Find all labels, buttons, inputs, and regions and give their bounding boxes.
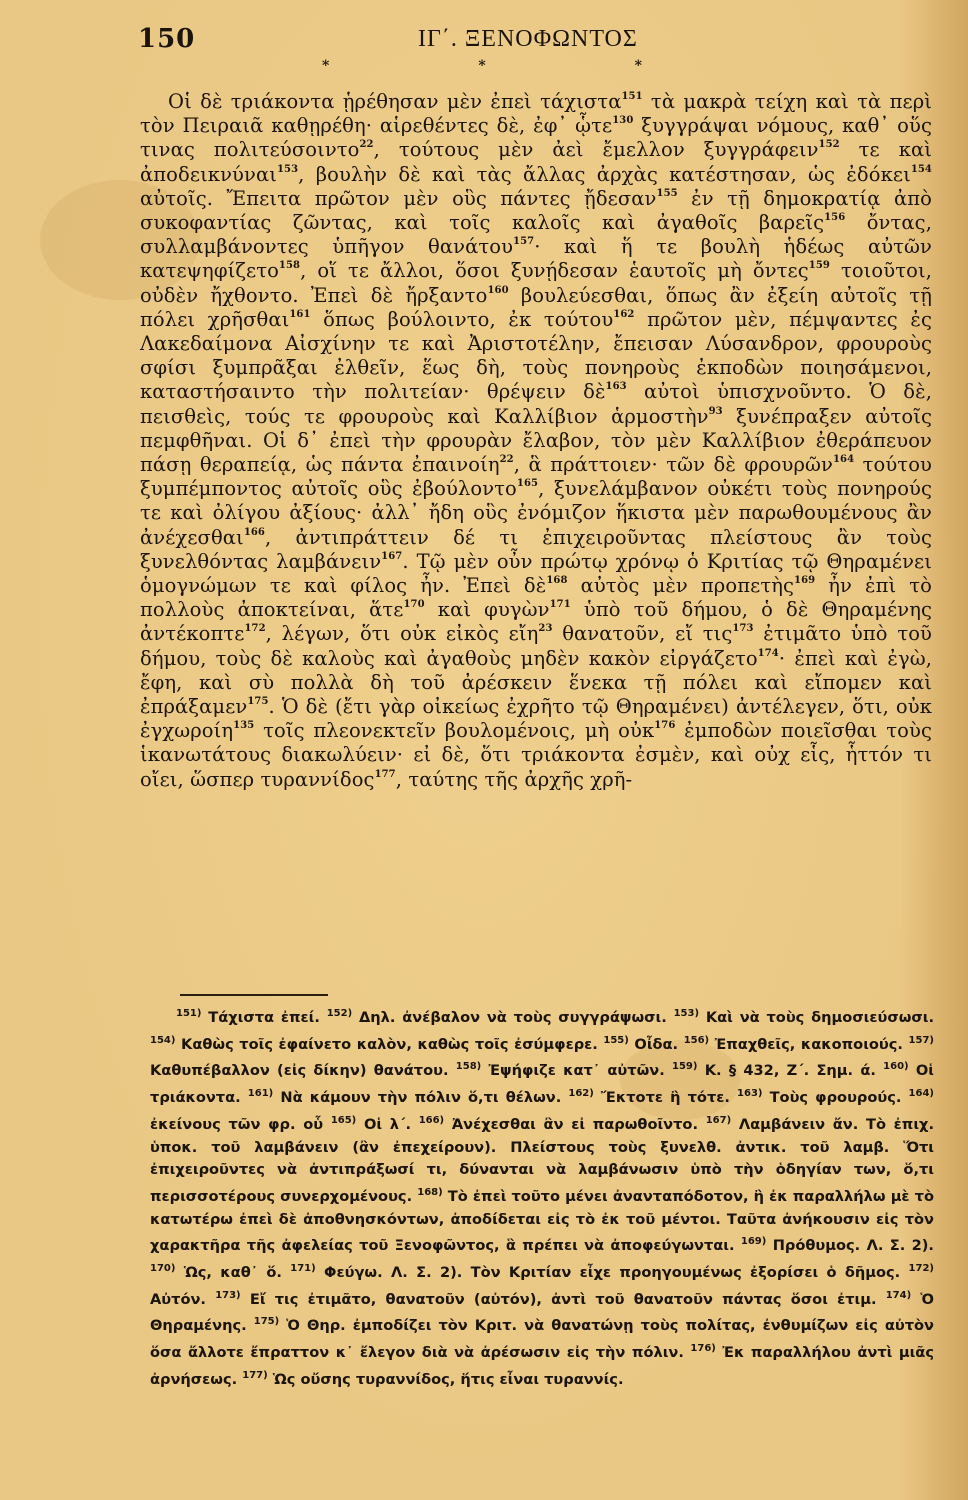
footnote-number: 159): [672, 1061, 697, 1072]
footnote-reference: 175: [247, 696, 268, 707]
footnote-text: Πρόθυμος. Λ. Σ. 2).: [766, 1237, 934, 1254]
footnote-reference: 165: [517, 478, 538, 489]
footnote-number: 163): [737, 1088, 762, 1099]
footnote-number: 156): [684, 1035, 709, 1046]
footnote-item: 171) Φεύγω. Λ. Σ. 2). Τὸν Κριτίαν εἶχε π…: [290, 1264, 908, 1281]
text-run: , τούτους μὲν ἀεὶ ἔμελλον ξυγγράφειν: [374, 138, 819, 161]
text-run: αὐτοῖς. Ἔπειτα πρῶτον μὲν οὓς πάντες ᾔδε…: [140, 187, 657, 210]
footnote-number: 155): [603, 1035, 628, 1046]
footnote-item: 177) Ὡς οὔσης τυραννίδος, ἥτις εἶναι τυρ…: [242, 1371, 623, 1388]
footnote-text: Αὐτόν.: [150, 1291, 215, 1308]
footnote-reference: 161: [289, 309, 310, 320]
footnote-number: 151): [176, 1008, 201, 1019]
text-run: , ἃ πράττοιεν· τῶν δὲ φρουρῶν: [514, 453, 833, 476]
text-run: Οἱ δὲ τριάκοντα ᾑρέθησαν μὲν ἐπεὶ τάχιστ…: [168, 90, 621, 113]
text-run: , οἵ τε ἄλλοι, ὅσοι ξυνῄδεσαν ἑαυτοῖς μὴ…: [300, 259, 809, 282]
footnote-text: Δηλ. ἀνέβαλον νὰ τοὺς συγγράψωσι.: [352, 1009, 673, 1026]
footnote-text: Οἶδα.: [629, 1036, 684, 1053]
footnote-reference: 172: [244, 623, 265, 634]
footnote-reference: 157: [513, 236, 534, 247]
footnote-reference: 158: [279, 260, 300, 271]
footnote-number: 158): [456, 1061, 481, 1072]
main-text-paragraph: Οἱ δὲ τριάκοντα ᾑρέθησαν μὲν ἐπεὶ τάχιστ…: [140, 90, 932, 792]
footnote-item: 154) Καθὼς τοῖς ἐφαίνετο καλὸν, καθὼς το…: [150, 1036, 603, 1053]
footnote-reference: 174: [758, 648, 779, 659]
footnote-item: 156) Ἐπαχθεῖς, κακοποιούς.: [684, 1036, 909, 1053]
running-title: ΙΓ΄. ΞΕΝΟΦΩΝΤΟΣ: [418, 26, 638, 53]
footnote-item: 163) Τοὺς φρουρούς.: [737, 1089, 909, 1106]
footnote-reference: 23: [538, 623, 552, 634]
footnote-text: Ὡς, καθ᾽ ὅ.: [175, 1264, 290, 1281]
text-run: , λέγων, ὅτι οὐκ εἰκὸς εἴη: [266, 622, 539, 645]
footnote-reference: 154: [911, 164, 932, 175]
footnote-text: Νὰ κάμουν τὴν πόλιν ὅ,τι θέλων.: [273, 1089, 568, 1106]
footnote-item: 162) Ἔκτοτε ἢ τότε.: [568, 1089, 737, 1106]
footnote-text: Οἱ λ΄.: [356, 1116, 418, 1133]
footnote-item: 161) Νὰ κάμουν τὴν πόλιν ὅ,τι θέλων.: [248, 1089, 569, 1106]
text-run: ὅπως βούλοιντο, ἐκ τούτου: [311, 308, 614, 331]
footnote-text: ἐκείνους τῶν φρ. οὗ: [150, 1116, 331, 1133]
asterisk: *: [478, 58, 485, 72]
footnote-item: 152) Δηλ. ἀνέβαλον νὰ τοὺς συγγράψωσι.: [327, 1009, 674, 1026]
footnote-item: 155) Οἶδα.: [603, 1036, 683, 1053]
text-run: καὶ φυγὼν: [425, 598, 550, 621]
footnote-reference: 169: [794, 575, 815, 586]
footnote-reference: 176: [654, 720, 675, 731]
footnote-reference: 151: [621, 91, 642, 102]
footnote-reference: 171: [550, 599, 571, 610]
footnote-reference: 167: [381, 551, 402, 562]
footnote-text: Ὡς οὔσης τυραννίδος, ἥτις εἶναι τυραννίς…: [268, 1371, 624, 1388]
footnotes-paragraph: 151) Τάχιστα ἐπεί. 152) Δηλ. ἀνέβαλον νὰ…: [150, 1003, 934, 1392]
footnote-text: Κ. § 432, Ζ΄. Σημ. ά.: [697, 1062, 883, 1079]
footnote-text: Εἴ τις ἐτιμᾶτο, θανατοῦν (αὐτόν), ἀντὶ τ…: [241, 1291, 886, 1308]
footnote-reference: 130: [612, 115, 633, 126]
footnote-number: 165): [331, 1115, 356, 1126]
footnote-number: 169): [741, 1236, 766, 1247]
footnote-number: 167): [706, 1115, 731, 1126]
footnote-reference: 156: [824, 212, 845, 223]
footnote-number: 161): [248, 1088, 273, 1099]
text-run: αὐτὸς μὲν προπετὴς: [568, 574, 795, 597]
footnote-text: Ἐπαχθεῖς, κακοποιούς.: [709, 1036, 908, 1053]
footnote-item: 170) Ὡς, καθ᾽ ὅ.: [150, 1264, 290, 1281]
footnote-text: Καὶ νὰ τοὺς δημοσιεύσωσι.: [699, 1009, 934, 1026]
footnote-item: 173) Εἴ τις ἐτιμᾶτο, θανατοῦν (αὐτόν), ἀ…: [215, 1291, 886, 1308]
footnote-reference: 164: [833, 454, 854, 465]
footnote-number: 174): [886, 1290, 911, 1301]
footnote-number: 168): [417, 1187, 442, 1198]
footnote-number: 176): [690, 1343, 715, 1354]
footnote-item: 169) Πρόθυμος. Λ. Σ. 2).: [741, 1237, 934, 1254]
footnote-number: 153): [674, 1008, 699, 1019]
text-run: , βουλὴν δὲ καὶ τὰς ἄλλας ἀρχὰς κατέστησ…: [298, 163, 911, 186]
footnote-item: 159) Κ. § 432, Ζ΄. Σημ. ά.: [672, 1062, 883, 1079]
footnote-number: 152): [327, 1008, 352, 1019]
footnote-reference: 173: [732, 623, 753, 634]
text-run: τοῖς πλεονεκτεῖν βουλομένοις, μὴ οὐκ: [254, 719, 654, 742]
footnote-reference: 160: [487, 285, 508, 296]
footnote-separator-rule: [180, 994, 328, 996]
footnote-item: 158) Ἐψήφιζε κατ᾽ αὐτῶν.: [456, 1062, 672, 1079]
footnote-reference: 155: [657, 188, 678, 199]
footnote-text: Ἔκτοτε ἢ τότε.: [594, 1089, 737, 1106]
footnote-reference: 152: [819, 139, 840, 150]
footnote-reference: 22: [500, 454, 514, 465]
footnote-number: 164): [909, 1088, 934, 1099]
footnote-number: 154): [150, 1035, 175, 1046]
footnote-reference: 162: [613, 309, 634, 320]
footnote-item: 153) Καὶ νὰ τοὺς δημοσιεύσωσι.: [674, 1009, 934, 1026]
footnote-number: 172): [909, 1263, 934, 1274]
footnote-number: 160): [883, 1061, 908, 1072]
footnote-number: 162): [568, 1088, 593, 1099]
footnotes-block: 151) Τάχιστα ἐπεί. 152) Δηλ. ἀνέβαλον νὰ…: [150, 1003, 934, 1392]
asterisk: *: [322, 58, 329, 72]
footnote-text: Καθυπέβαλλον (εἰς δίκην) θανάτου.: [150, 1062, 456, 1079]
asterism-divider: * * *: [322, 58, 642, 72]
footnote-text: Τάχιστα ἐπεί.: [201, 1009, 326, 1026]
footnote-reference: 177: [375, 769, 396, 780]
footnote-reference: 135: [233, 720, 254, 731]
footnote-reference: 170: [403, 599, 424, 610]
footnote-text: Ἐψήφιζε κατ᾽ αὐτῶν.: [481, 1062, 672, 1079]
page-number: 150: [138, 24, 195, 54]
footnote-number: 166): [419, 1115, 444, 1126]
footnote-reference: 153: [277, 164, 298, 175]
footnote-text: Ἀνέχεσθαι ἂν εἰ παρωθοῖντο.: [444, 1116, 706, 1133]
footnote-reference: 159: [809, 260, 830, 271]
footnote-number: 170): [150, 1263, 175, 1274]
asterisk: *: [635, 58, 642, 72]
footnote-number: 177): [242, 1370, 267, 1381]
book-page: 150 ΙΓ΄. ΞΕΝΟΦΩΝΤΟΣ * * * Οἱ δὲ τριάκοντ…: [0, 0, 968, 1500]
footnote-item: 165) Οἱ λ΄.: [331, 1116, 419, 1133]
footnote-reference: 93: [709, 406, 723, 417]
footnote-number: 173): [215, 1290, 240, 1301]
footnote-text: Φεύγω. Λ. Σ. 2). Τὸν Κριτίαν εἶχε προηγο…: [316, 1264, 909, 1281]
footnote-number: 157): [909, 1035, 934, 1046]
text-run: θανατοῦν, εἴ τις: [553, 622, 733, 645]
footnote-reference: 168: [546, 575, 567, 586]
footnote-text: Τοὺς φρουρούς.: [762, 1089, 908, 1106]
text-run: , ταύτης τῆς ἀρχῆς χρῆ-: [396, 768, 633, 791]
footnote-number: 171): [290, 1263, 315, 1274]
footnote-reference: 22: [360, 139, 374, 150]
running-head: 150 ΙΓ΄. ΞΕΝΟΦΩΝΤΟΣ: [138, 24, 938, 58]
footnote-number: 175): [254, 1316, 279, 1327]
footnote-item: 166) Ἀνέχεσθαι ἂν εἰ παρωθοῖντο.: [419, 1116, 706, 1133]
footnote-reference: 163: [606, 381, 627, 392]
footnote-item: 151) Τάχιστα ἐπεί.: [176, 1009, 327, 1026]
footnote-text: Καθὼς τοῖς ἐφαίνετο καλὸν, καθὼς τοῖς ἐσ…: [175, 1036, 603, 1053]
footnote-reference: 166: [244, 527, 265, 538]
